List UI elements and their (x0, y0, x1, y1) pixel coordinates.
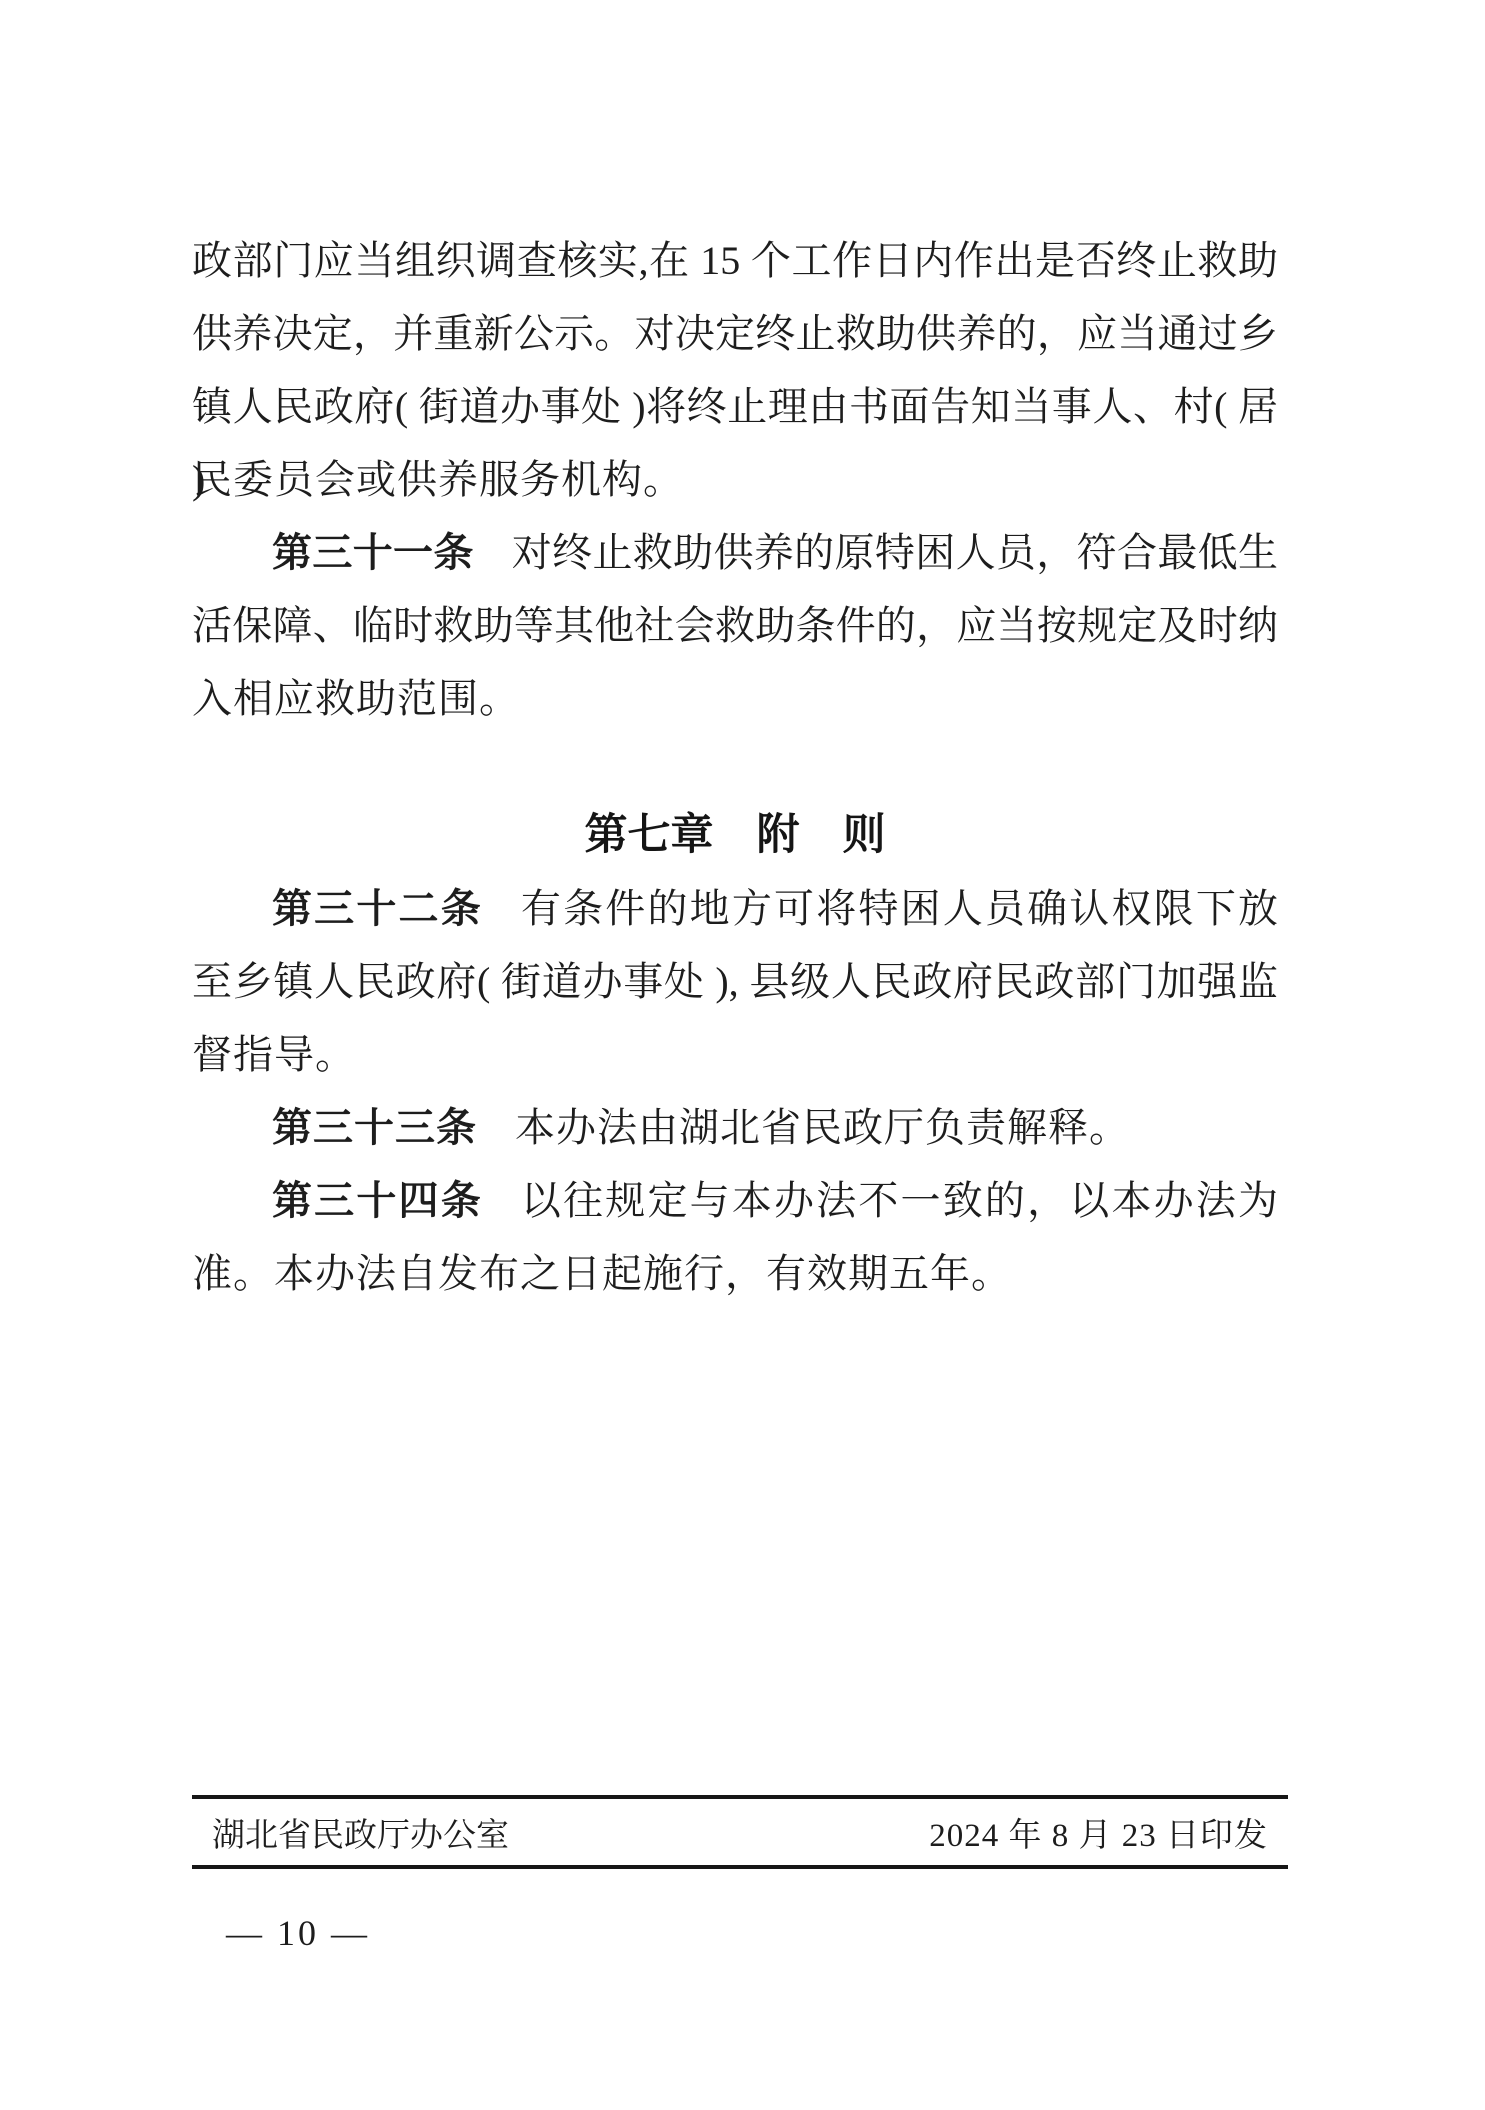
article-text: 有条件的地方可将特困人员确认权限下放 (521, 886, 1278, 931)
footer-office: 湖北省民政厅办公室 (192, 1809, 509, 1856)
article-number: 第三十一条 (272, 531, 474, 575)
body-line: 供养决定，并重新公示。对决定终止救助供养的，应当通过乡 (192, 297, 1278, 370)
footer-rule-bottom (192, 1865, 1288, 1869)
body-line: 准。本办法自发布之日起施行，有效期五年。 (192, 1237, 1278, 1310)
footer: 湖北省民政厅办公室 2024 年 8 月 23 日印发 (192, 1799, 1288, 1865)
document-page: 政部门应当组织调查核实,在 15 个工作日内作出是否终止救助 供养决定，并重新公… (0, 0, 1485, 2110)
body-line: 第三十三条本办法由湖北省民政厅负责解释。 (192, 1091, 1278, 1164)
body-line: 民委员会或供养服务机构。 (192, 443, 1278, 516)
article-text: 以往规定与本办法不一致的，以本办法为 (521, 1178, 1278, 1223)
article-number: 第三十四条 (272, 1179, 483, 1223)
body-line: 第三十一条对终止救助供养的原特困人员，符合最低生 (192, 516, 1278, 589)
page-number: — 10 — (226, 1912, 370, 1954)
article-text: 本办法由湖北省民政厅负责解释。 (515, 1105, 1130, 1150)
body-line: 至乡镇人民政府( 街道办事处 ), 县级人民政府民政部门加强监 (192, 945, 1278, 1018)
article-text: 对终止救助供养的原特困人员，符合最低生 (512, 530, 1278, 575)
article-number: 第三十三条 (272, 1106, 477, 1150)
body-line: 政部门应当组织调查核实,在 15 个工作日内作出是否终止救助 (192, 224, 1278, 297)
body-line: 镇人民政府( 街道办事处 )将终止理由书面告知当事人、村( 居 ) (192, 370, 1278, 443)
footer-print-date: 2024 年 8 月 23 日印发 (929, 1809, 1288, 1856)
body-line: 第三十四条以往规定与本办法不一致的，以本办法为 (192, 1164, 1278, 1237)
article-number: 第三十二条 (272, 887, 483, 931)
body-line: 活保障、临时救助等其他社会救助条件的，应当按规定及时纳 (192, 589, 1278, 662)
body-line: 入相应救助范围。 (192, 662, 1278, 735)
body-line: 第三十二条有条件的地方可将特困人员确认权限下放 (192, 872, 1278, 945)
chapter-heading: 第七章 附 则 (192, 799, 1278, 872)
body-line: 督指导。 (192, 1018, 1278, 1091)
document-body: 政部门应当组织调查核实,在 15 个工作日内作出是否终止救助 供养决定，并重新公… (192, 224, 1278, 1310)
